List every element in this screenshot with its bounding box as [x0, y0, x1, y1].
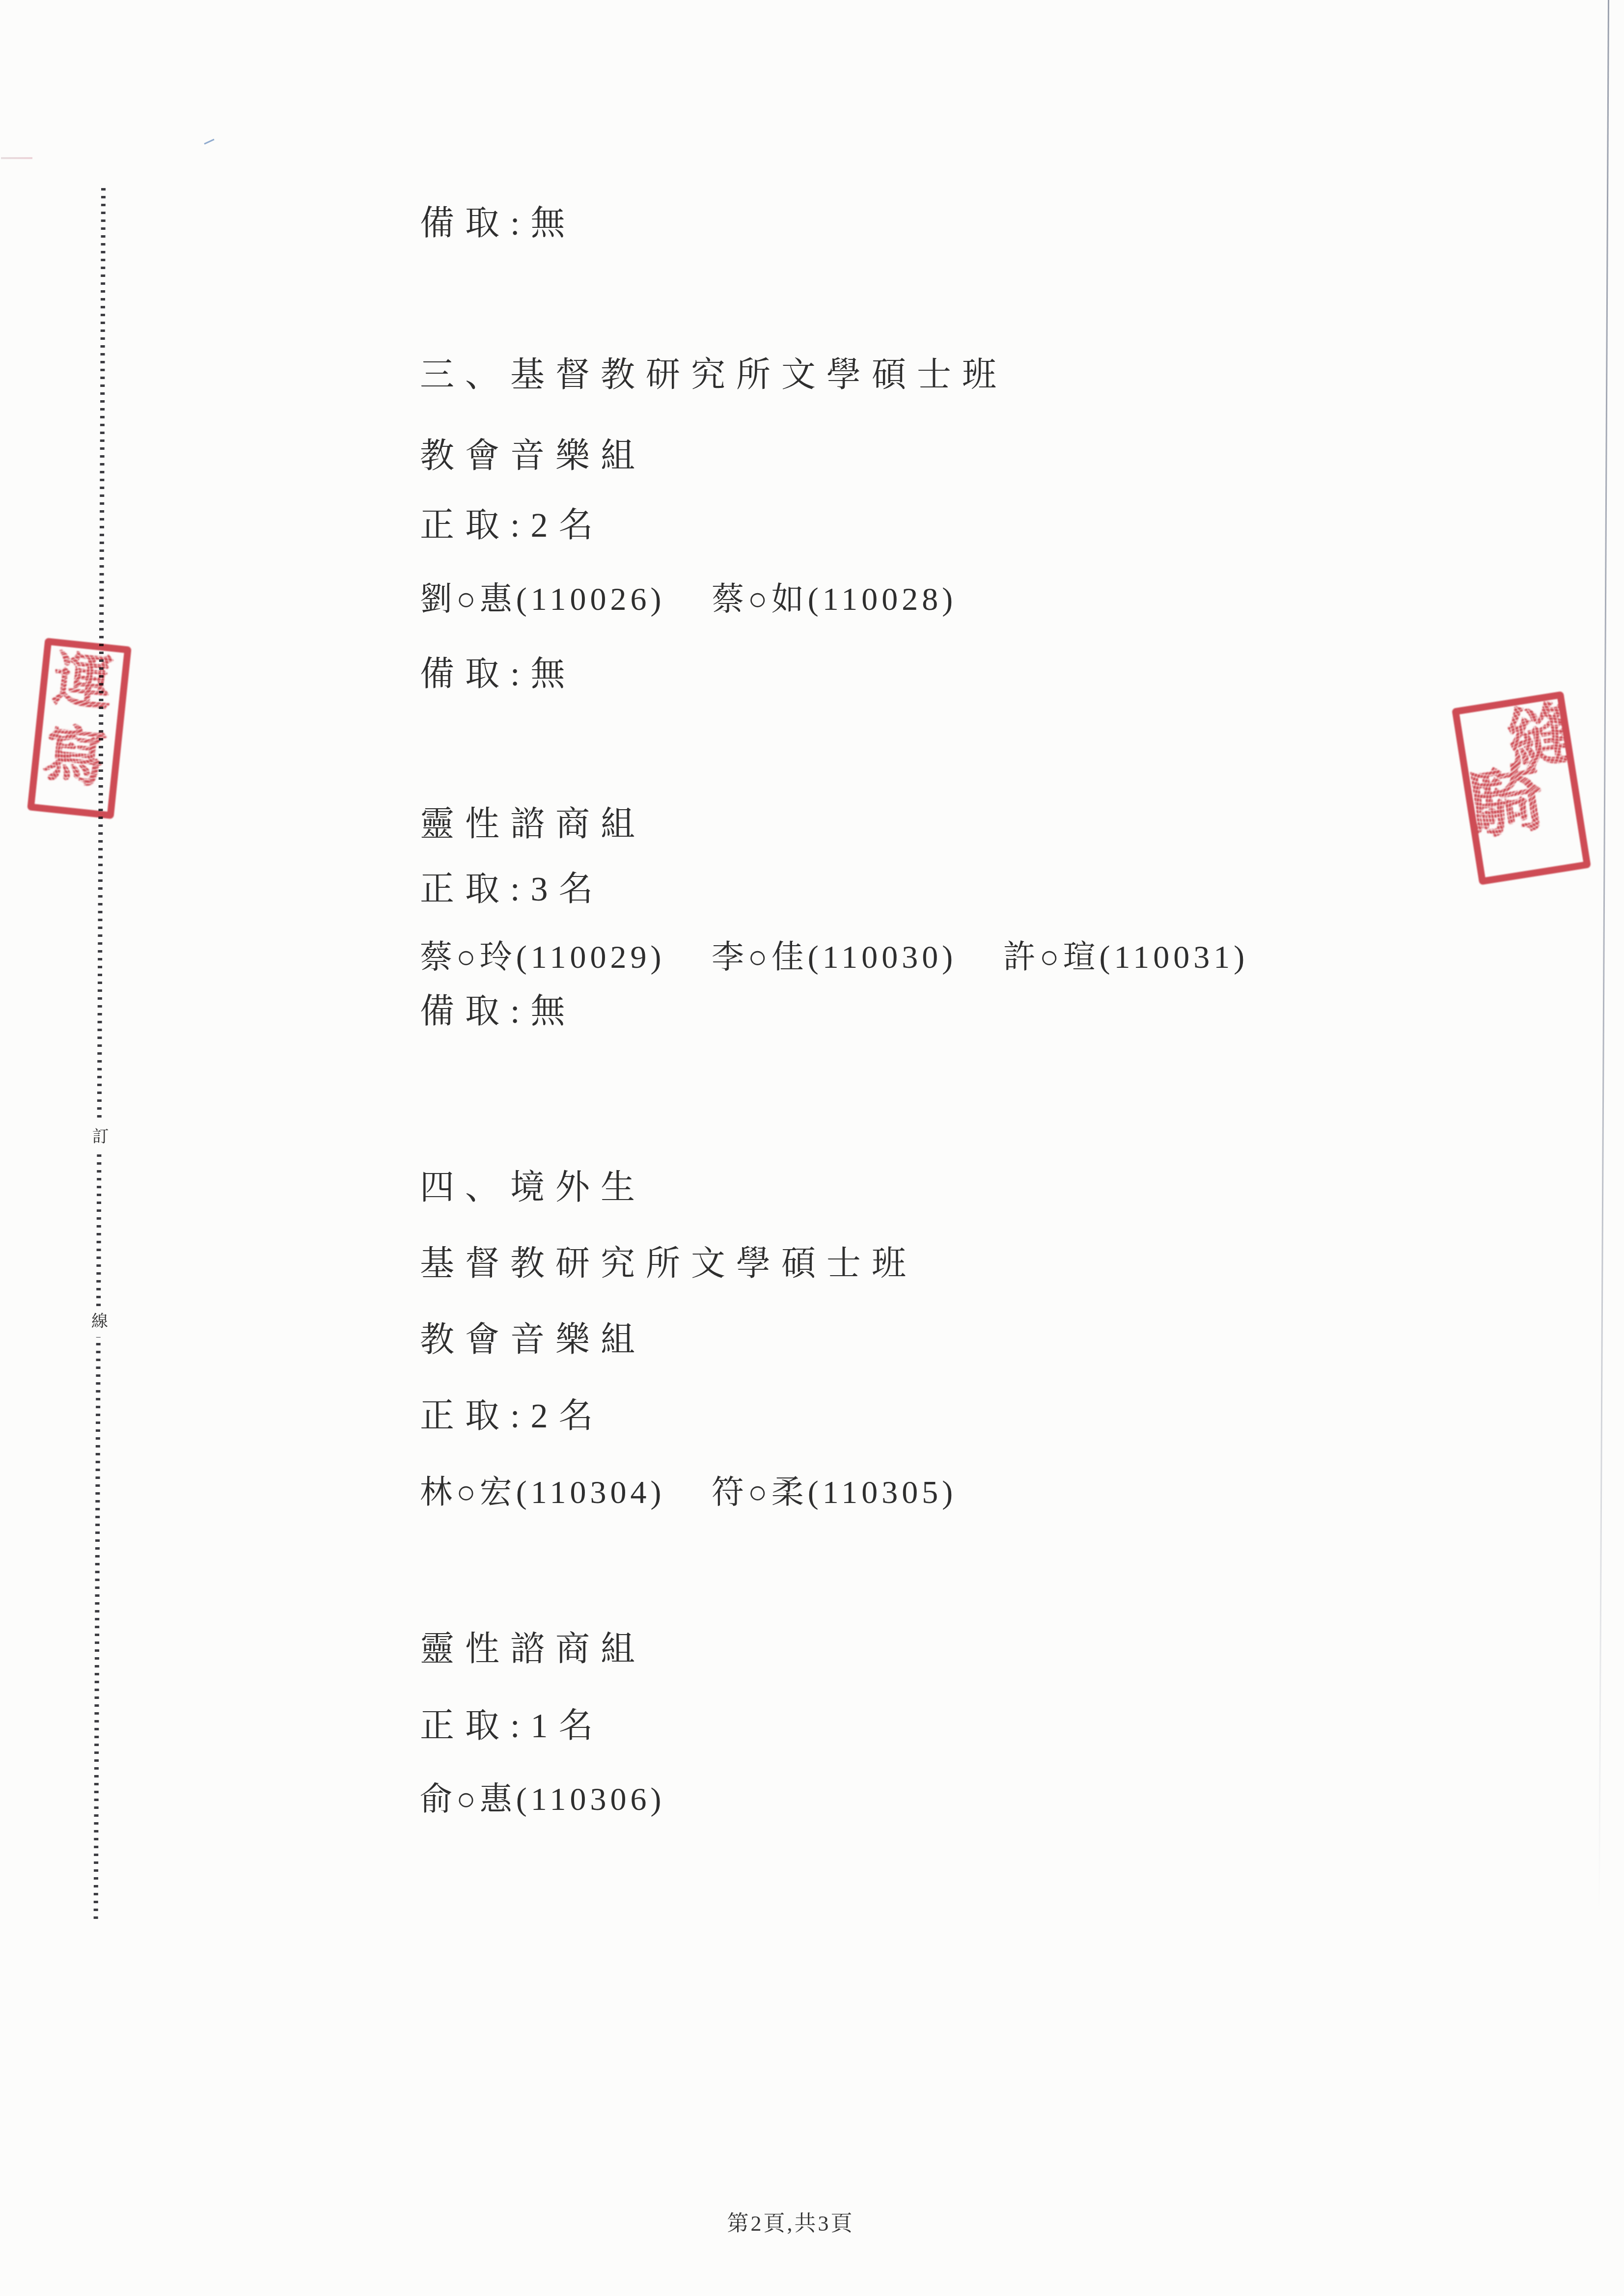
waitlist-line: 備取:無	[420, 986, 576, 1038]
program-name-line: 基督教研究所文學碩士班	[420, 1239, 917, 1290]
waitlist-line: 備取:無	[420, 649, 576, 700]
admitted-name: 許○瑄(110031)	[1003, 939, 1248, 975]
group-name-church-music: 教會音樂組	[420, 1315, 646, 1366]
group-name-spiritual-counseling: 靈性諮商組	[420, 799, 646, 850]
scanner-edge-line	[1598, 0, 1609, 1915]
admitted-names: 劉○惠(110026) 蔡○如(110028)	[420, 574, 957, 625]
seal-stamp-left: 運 寫	[27, 638, 132, 820]
admitted-name: 李○佳(110030)	[712, 939, 957, 975]
section-heading-3: 三、基督教研究所文學碩士班	[420, 350, 1007, 401]
seal-stamp-right: 縫 騎	[1452, 691, 1591, 885]
scan-speck-blue	[204, 138, 214, 144]
binding-char-wire: 線	[88, 1307, 111, 1337]
admitted-count-line: 正取:1名	[420, 1701, 604, 1752]
admitted-names: 林○宏(110304) 符○柔(110305)	[420, 1467, 957, 1518]
admitted-name: 蔡○如(110028)	[712, 581, 957, 617]
waitlist-line: 備取:無	[420, 198, 576, 249]
admitted-count-line: 正取:3名	[420, 864, 604, 915]
seal-right-char-left: 騎	[1465, 761, 1549, 845]
section-heading-4: 四、境外生	[420, 1163, 646, 1214]
admitted-name: 俞○惠(110306)	[420, 1781, 665, 1817]
page-footer: 第2頁,共3頁	[633, 2206, 948, 2237]
scan-speck-pink	[1, 157, 32, 159]
admitted-count-line: 正取:2名	[420, 1391, 604, 1442]
binding-char-tie: 訂	[89, 1122, 111, 1152]
admitted-name: 符○柔(110305)	[712, 1475, 957, 1510]
seal-left-char-bottom: 寫	[40, 723, 110, 792]
scanned-document-page: 訂 線 運 寫 縫 騎 備取:無 三、基督教研究所文學碩士班 教會音樂組 正取:…	[0, 0, 1624, 2296]
admitted-names: 俞○惠(110306)	[420, 1774, 665, 1825]
admitted-count-line: 正取:2名	[420, 500, 604, 551]
binding-dotted-line: 訂 線	[94, 188, 106, 1919]
admitted-name: 林○宏(110304)	[420, 1475, 665, 1510]
group-name-church-music: 教會音樂組	[420, 431, 646, 482]
admitted-names: 蔡○玲(110029) 李○佳(110030) 許○瑄(110031)	[420, 932, 1248, 983]
admitted-name: 劉○惠(110026)	[420, 581, 665, 617]
admitted-name: 蔡○玲(110029)	[420, 939, 665, 975]
seal-left-char-top: 運	[51, 650, 115, 714]
group-name-spiritual-counseling: 靈性諮商組	[420, 1624, 646, 1675]
